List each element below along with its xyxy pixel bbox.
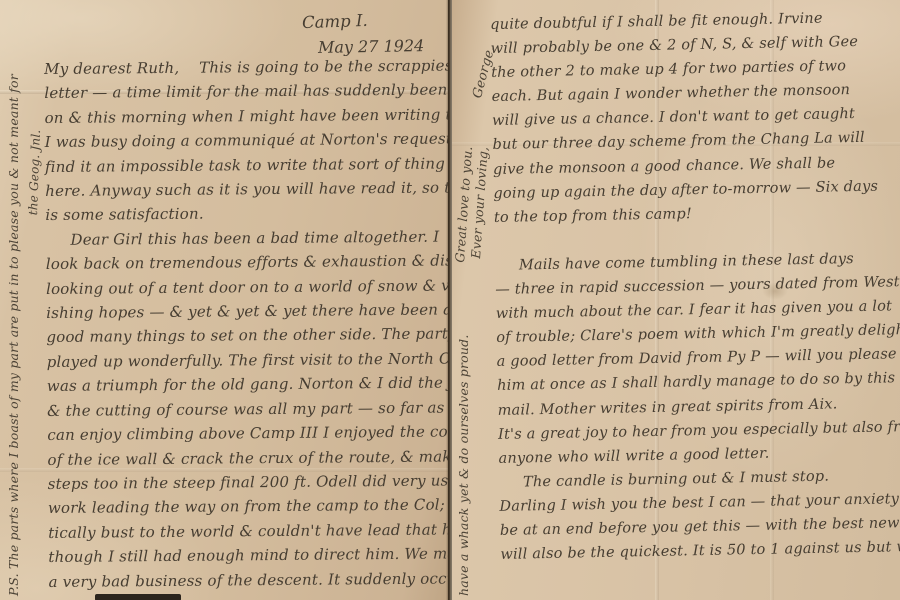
- letter-location: Camp I.: [302, 11, 368, 32]
- margin-continuation-note: have a whack yet & do ourselves proud.: [456, 334, 471, 596]
- handwritten-line: good many things to set on the other sid…: [46, 321, 448, 349]
- handwritten-line: Dear Girl this has been a bad time altog…: [45, 224, 448, 252]
- handwritten-line: of the ice wall & crack the crux of the …: [47, 443, 448, 471]
- handwritten-line: looking out of a tent door on to a world…: [46, 273, 448, 301]
- handwritten-line: & the cutting of course was all my part …: [47, 395, 448, 423]
- handwritten-line: look back on tremendous efforts & exhaus…: [46, 248, 448, 276]
- handwritten-line: a very bad business of the descent. It s…: [48, 565, 448, 593]
- handwritten-line: letter — a time limit for the mail has s…: [44, 77, 448, 105]
- letter-page-1: Camp I. May 27 1924 My dearest Ruth, Thi…: [0, 0, 448, 600]
- postscript-margin-note: P.S. The parts where I boast of my part …: [6, 74, 21, 596]
- letter-photograph: Camp I. May 27 1924 My dearest Ruth, Thi…: [0, 0, 900, 600]
- handwritten-line: I was busy doing a communiqué at Norton'…: [45, 126, 448, 154]
- handwritten-line: find it an impossible task to write that…: [45, 151, 448, 179]
- page-1-handwriting: My dearest Ruth, This is going to be the…: [44, 53, 448, 594]
- handwritten-line: tically bust to the world & couldn't hav…: [48, 517, 448, 545]
- handwritten-line: was a triumph for the old gang. Norton &…: [47, 370, 448, 398]
- handwritten-line: played up wonderfully. The first visit t…: [47, 346, 448, 374]
- cropped-ink-line: [95, 594, 181, 600]
- handwritten-line: on & this morning when I might have been…: [44, 102, 448, 130]
- handwritten-line: here. Anyway such as it is you will have…: [45, 175, 448, 203]
- letter-page-2: quite doubtful if I shall be fit enough.…: [452, 0, 900, 600]
- paper-stain: [762, 282, 788, 300]
- handwritten-line: can enjoy climbing above Camp III I enjo…: [47, 419, 448, 447]
- handwritten-line: work leading the way on from the camp to…: [48, 492, 448, 520]
- handwritten-line: ishing hopes — & yet & yet & yet there h…: [46, 297, 448, 325]
- handwritten-line: is some satisfaction.: [45, 199, 448, 227]
- handwritten-line: My dearest Ruth, This is going to be the…: [44, 53, 448, 81]
- page-2-handwriting: quite doubtful if I shall be fit enough.…: [490, 4, 900, 567]
- postscript-margin-note-2: the Geog. Jnl.: [26, 129, 43, 215]
- handwritten-line: though I still had enough mind to direct…: [48, 541, 448, 569]
- handwritten-line: steps too in the steep final 200 ft. Ode…: [48, 468, 448, 496]
